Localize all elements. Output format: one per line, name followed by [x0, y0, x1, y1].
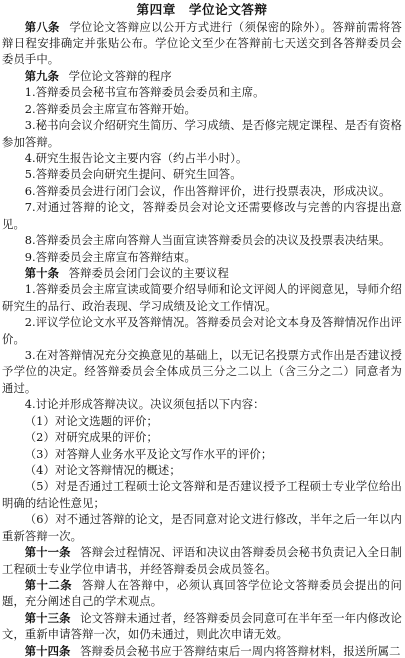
body-paragraph: 2.评议学位论文水平及答辩情况。答辩委员会对论文本身及答辩情况作出评价。 — [2, 314, 402, 347]
body-paragraph: （3）对答辩人业务水平及论文写作水平的评价； — [2, 446, 402, 462]
paragraph-text: 4.讨论并形成答辩决议。决议须包括以下内容： — [25, 397, 265, 411]
paragraph-text: （4）对论文答辩情况的概述； — [25, 463, 181, 477]
article-paragraph: 第十二条答辩人在答辩中，必须认真回答学位论文答辩委员会提出的问题，充分阐述自己的… — [2, 577, 402, 610]
body-paragraph: 7.对通过答辩的论文，答辩委员会对论文还需要修改与完善的内容提出意见。 — [2, 199, 402, 232]
paragraph-text: 9.答辩委员会主席宣布答辩结束。 — [25, 250, 196, 264]
paragraph-text: 3.秘书向会议介绍研究生简历、学习成绩、是否修完规定课程、是否有资格参加答辩。 — [2, 118, 402, 148]
paragraph-text: 4.研究生报告论文主要内容（约占半小时）。 — [25, 151, 248, 165]
body-paragraph: 4.讨论并形成答辩决议。决议须包括以下内容： — [2, 396, 402, 412]
body-paragraph: （2）对研究成果的评价； — [2, 429, 402, 445]
paragraph-text: 答辩委员会秘书应于答辩结束后一周内将答辩材料，报送所属二 — [80, 644, 400, 658]
body-paragraph: 5.答辩委员会向研究生提问、研究生回答。 — [2, 166, 402, 182]
body-paragraph: （6）对不通过答辩的论文，是否同意对论文进行修改，半年之后一年以内重新答辩一次。 — [2, 511, 402, 544]
body-paragraph: （4）对论文答辩情况的概述； — [2, 462, 402, 478]
body-paragraph: 8.答辩委员会主席向答辩人当面宣读答辩委员会的决议及投票表决结果。 — [2, 232, 402, 248]
paragraph-text: 学位论文答辩的程序 — [69, 69, 172, 83]
body-paragraph: 4.研究生报告论文主要内容（约占半小时）。 — [2, 150, 402, 166]
body-paragraph: （1）对论文选题的评价； — [2, 413, 402, 429]
paragraph-text: 8.答辩委员会主席向答辩人当面宣读答辩委员会的决议及投票表决结果。 — [25, 233, 391, 247]
article-paragraph: 第九条学位论文答辩的程序 — [2, 68, 402, 84]
paragraph-text: （2）对研究成果的评价； — [25, 430, 158, 444]
article-paragraph: 第十三条论文答辩未通过者，经答辩委员会同意可在半年至一年内修改论文，重新申请答辩… — [2, 610, 402, 643]
paragraph-text: （6）对不通过答辩的论文，是否同意对论文进行修改，半年之后一年以内重新答辩一次。 — [2, 512, 402, 542]
article-number: 第八条 — [25, 20, 60, 34]
paragraph-text: 5.答辩委员会向研究生提问、研究生回答。 — [25, 167, 242, 181]
document-body: 第八条学位论文答辩应以公开方式进行（须保密的除外）。答辩前需将答辩日程安排确定并… — [2, 19, 402, 658]
body-paragraph: （5）对是否通过工程硕士论文答辩和是否建议授予工程硕士专业学位给出明确的结论性意… — [2, 478, 402, 511]
body-paragraph: 3.在对答辩情况充分交换意见的基础上，以无记名投票方式作出是否建议授予学位的决定… — [2, 347, 402, 396]
chapter-title: 第四章 学位论文答辩 — [2, 2, 402, 19]
paragraph-text: 7.对通过答辩的论文，答辩委员会对论文还需要修改与完善的内容提出意见。 — [2, 200, 402, 230]
paragraph-text: （1）对论文选题的评价； — [25, 414, 158, 428]
body-paragraph: 1.答辩委员会主席宣读或简要介绍导师和论文评阅人的评阅意见，导师介绍研究生的品行… — [2, 281, 402, 314]
body-paragraph: 9.答辩委员会主席宣布答辩结束。 — [2, 249, 402, 265]
article-paragraph: 第十条答辩委员会闭门会议的主要议程 — [2, 265, 402, 281]
article-number: 第十四条 — [25, 644, 71, 658]
paragraph-text: 2.答辩委员会主席宣布答辩开始。 — [25, 102, 196, 116]
article-paragraph: 第十一条答辩会过程情况、评语和决议由答辩委员会秘书负责记入全日制工程硕士专业学位… — [2, 544, 402, 577]
article-paragraph: 第八条学位论文答辩应以公开方式进行（须保密的除外）。答辩前需将答辩日程安排确定并… — [2, 19, 402, 68]
article-number: 第十三条 — [25, 611, 71, 625]
body-paragraph: 3.秘书向会议介绍研究生简历、学习成绩、是否修完规定课程、是否有资格参加答辩。 — [2, 117, 402, 150]
paragraph-text: 答辩委员会闭门会议的主要议程 — [69, 266, 229, 280]
article-number: 第十条 — [25, 266, 59, 280]
article-number: 第九条 — [25, 69, 59, 83]
paragraph-text: 1.答辩委员会主席宣读或简要介绍导师和论文评阅人的评阅意见，导师介绍研究生的品行… — [2, 282, 402, 312]
body-paragraph: 2.答辩委员会主席宣布答辩开始。 — [2, 101, 402, 117]
body-paragraph: 6.答辩委员会进行闭门会议，作出答辩评价，进行投票表决，形成决议。 — [2, 183, 402, 199]
body-paragraph: 1.答辩委员会秘书宣布答辩委员会委员和主席。 — [2, 84, 402, 100]
paragraph-text: 3.在对答辩情况充分交换意见的基础上，以无记名投票方式作出是否建议授予学位的决定… — [2, 348, 402, 395]
paragraph-text: （5）对是否通过工程硕士论文答辩和是否建议授予工程硕士专业学位给出明确的结论性意… — [2, 479, 402, 509]
document-page: 第四章 学位论文答辩 第八条学位论文答辩应以公开方式进行（须保密的除外）。答辩前… — [0, 0, 405, 658]
paragraph-text: 1.答辩委员会秘书宣布答辩委员会委员和主席。 — [25, 85, 265, 99]
article-number: 第十二条 — [25, 578, 73, 592]
paragraph-text: 2.评议学位论文水平及答辩情况。答辩委员会对论文本身及答辩情况作出评价。 — [2, 315, 402, 345]
article-paragraph: 第十四条答辩委员会秘书应于答辩结束后一周内将答辩材料，报送所属二 — [2, 643, 402, 658]
paragraph-text: 6.答辩委员会进行闭门会议，作出答辩评价，进行投票表决，形成决议。 — [25, 184, 391, 198]
paragraph-text: 学位论文答辩应以公开方式进行（须保密的除外）。答辩前需将答辩日程安排确定并张贴公… — [2, 20, 402, 67]
paragraph-text: （3）对答辩人业务水平及论文写作水平的评价； — [25, 447, 273, 461]
article-number: 第十一条 — [25, 545, 71, 559]
